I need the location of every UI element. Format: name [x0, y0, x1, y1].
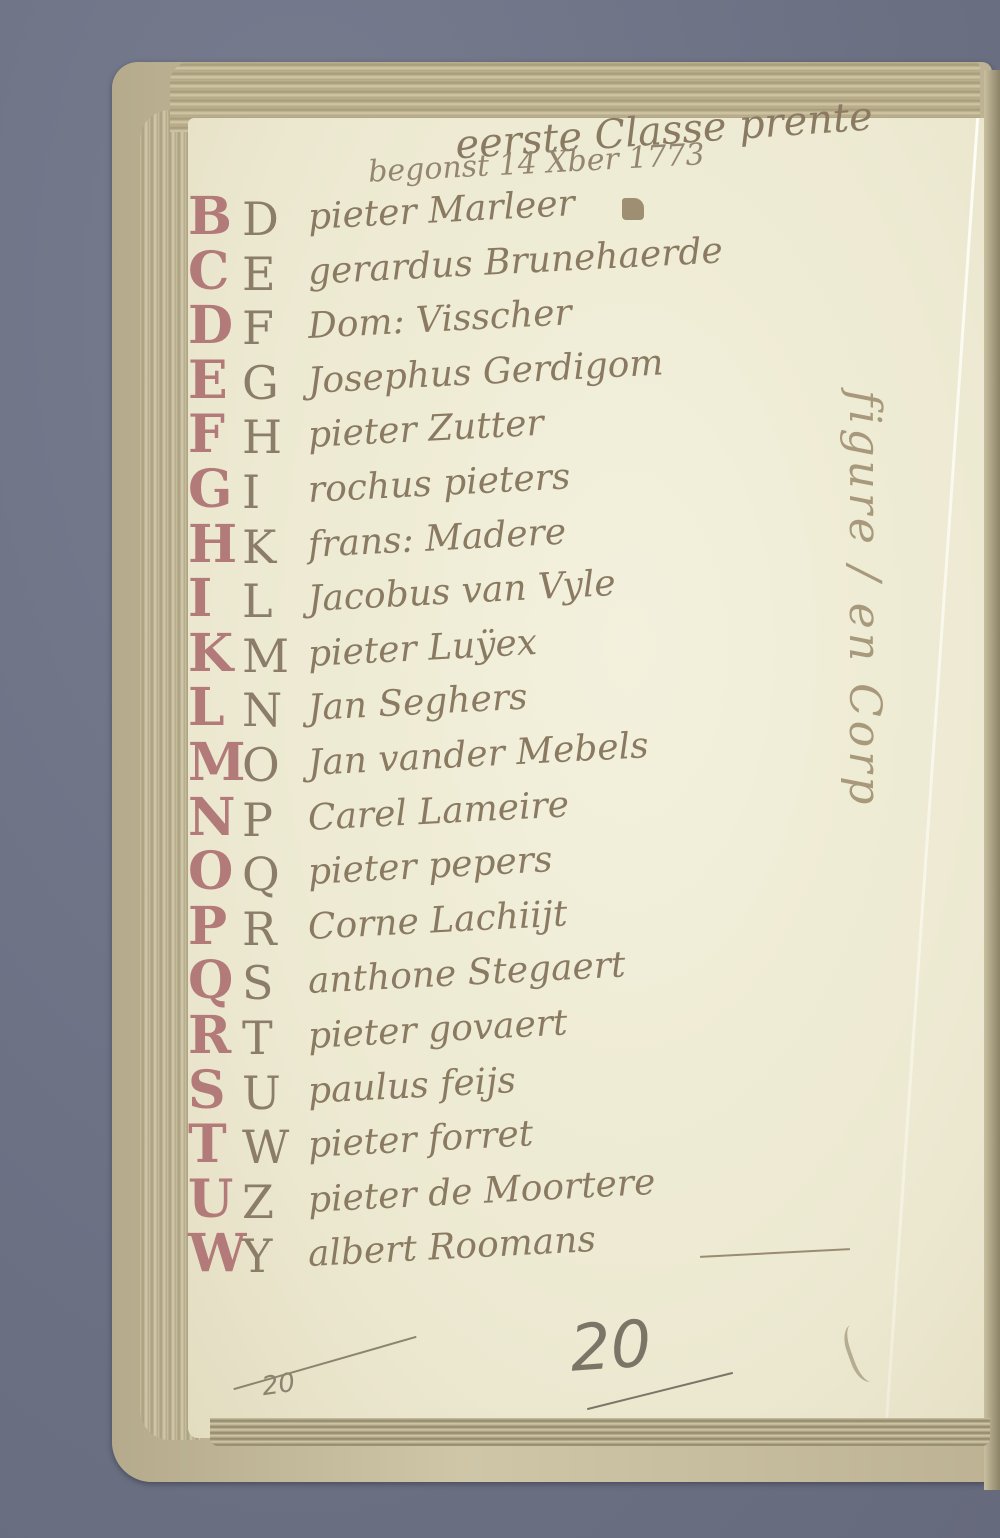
red-index-letter: N [188, 791, 248, 845]
entry-name: rochus pieters [307, 457, 571, 511]
brown-index-letter: Z [242, 1175, 302, 1229]
red-index-letter: W [188, 1227, 248, 1281]
red-index-letter: B [188, 190, 248, 244]
red-index-letter: T [188, 1118, 248, 1172]
entry-name: albert Roomans [307, 1220, 597, 1275]
brown-index-letter: M [242, 629, 302, 683]
brown-index-letter: K [242, 520, 302, 574]
list-item: MOJan vander Mebels [186, 736, 886, 791]
entry-name: pieter Zutter [307, 404, 545, 456]
register-list: BDpieter Marleer CEgerardus Brunehaerde … [186, 190, 886, 1282]
list-item: QSanthone Stegaert [186, 954, 886, 1009]
brown-index-letter: Y [242, 1229, 302, 1283]
list-item: KMpieter Luÿex [186, 627, 886, 682]
list-item: SUpaulus feijs [186, 1064, 886, 1119]
list-item: FHpieter Zutter [186, 408, 886, 463]
list-item: DFDom: Visscher [186, 299, 886, 354]
red-index-letter: R [188, 1009, 248, 1063]
entry-name: Jacobus van Vyle [307, 564, 617, 620]
red-index-letter: F [188, 408, 248, 462]
red-index-letter: U [188, 1173, 248, 1227]
brown-index-letter: D [242, 192, 302, 246]
red-index-letter: Q [188, 954, 248, 1008]
red-index-letter: C [188, 245, 248, 299]
list-item: NPCarel Lameire [186, 791, 886, 846]
brown-index-letter: T [242, 1011, 302, 1065]
brown-index-letter: G [242, 356, 302, 410]
red-index-letter: I [188, 572, 248, 626]
list-item: TWpieter forret [186, 1118, 886, 1173]
entry-name: pieter forret [307, 1114, 534, 1166]
small-total: 20 [260, 1368, 297, 1402]
red-index-letter: S [188, 1064, 248, 1118]
red-index-letter: E [188, 354, 248, 408]
list-item: BDpieter Marleer [186, 190, 886, 245]
vertical-margin-note: figure / en Corp [839, 390, 890, 808]
brown-index-letter: H [242, 410, 302, 464]
brown-index-letter: R [242, 902, 302, 956]
brown-index-letter: E [242, 247, 302, 301]
entry-name: Dom: Visscher [307, 293, 573, 347]
list-item: GIrochus pieters [186, 463, 886, 518]
entry-name: pieter govaert [307, 1003, 569, 1057]
page-stack-bottom-edge [210, 1418, 990, 1446]
list-item: LNJan Seghers [186, 681, 886, 736]
entry-name: anthone Stegaert [307, 946, 627, 1003]
red-index-letter: H [188, 518, 248, 572]
entry-name: frans: Madere [307, 512, 567, 565]
red-index-letter: K [188, 627, 248, 681]
entry-name: pieter Luÿex [307, 623, 538, 675]
entry-name: Jan Seghers [307, 678, 529, 729]
entry-name: Carel Lameire [307, 785, 570, 839]
brown-index-letter: L [242, 574, 302, 628]
list-item: PRCorne Lachiijt [186, 900, 886, 955]
main-total: 20 [568, 1307, 654, 1387]
brown-index-letter: Q [242, 847, 302, 901]
page-gutter [984, 70, 1000, 1490]
list-item: OQpieter pepers [186, 845, 886, 900]
brown-index-letter: P [242, 793, 302, 847]
brown-index-letter: U [242, 1066, 302, 1120]
list-item: UZpieter de Moortere [186, 1173, 886, 1228]
list-item: WYalbert Roomans [186, 1227, 886, 1282]
brown-index-letter: S [242, 956, 302, 1010]
brown-index-letter: O [242, 738, 302, 792]
red-index-letter: M [188, 736, 248, 790]
red-index-letter: P [188, 900, 248, 954]
entry-name: paulus feijs [307, 1061, 517, 1112]
list-item: EGJosephus Gerdigom [186, 354, 886, 409]
brown-index-letter: W [242, 1120, 302, 1174]
red-index-letter: L [188, 681, 248, 735]
list-item: RTpieter govaert [186, 1009, 886, 1064]
entry-name: pieter Marleer [307, 184, 576, 238]
red-index-letter: O [188, 845, 248, 899]
red-index-letter: G [188, 463, 248, 517]
list-item: ILJacobus van Vyle [186, 572, 886, 627]
brown-index-letter: I [242, 465, 302, 519]
red-index-letter: D [188, 299, 248, 353]
list-item: HKfrans: Madere [186, 518, 886, 573]
brown-index-letter: F [242, 301, 302, 355]
list-item: CEgerardus Brunehaerde [186, 245, 886, 300]
entry-name: pieter pepers [307, 840, 553, 893]
brown-index-letter: N [242, 683, 302, 737]
entry-name: Corne Lachiijt [307, 894, 568, 948]
